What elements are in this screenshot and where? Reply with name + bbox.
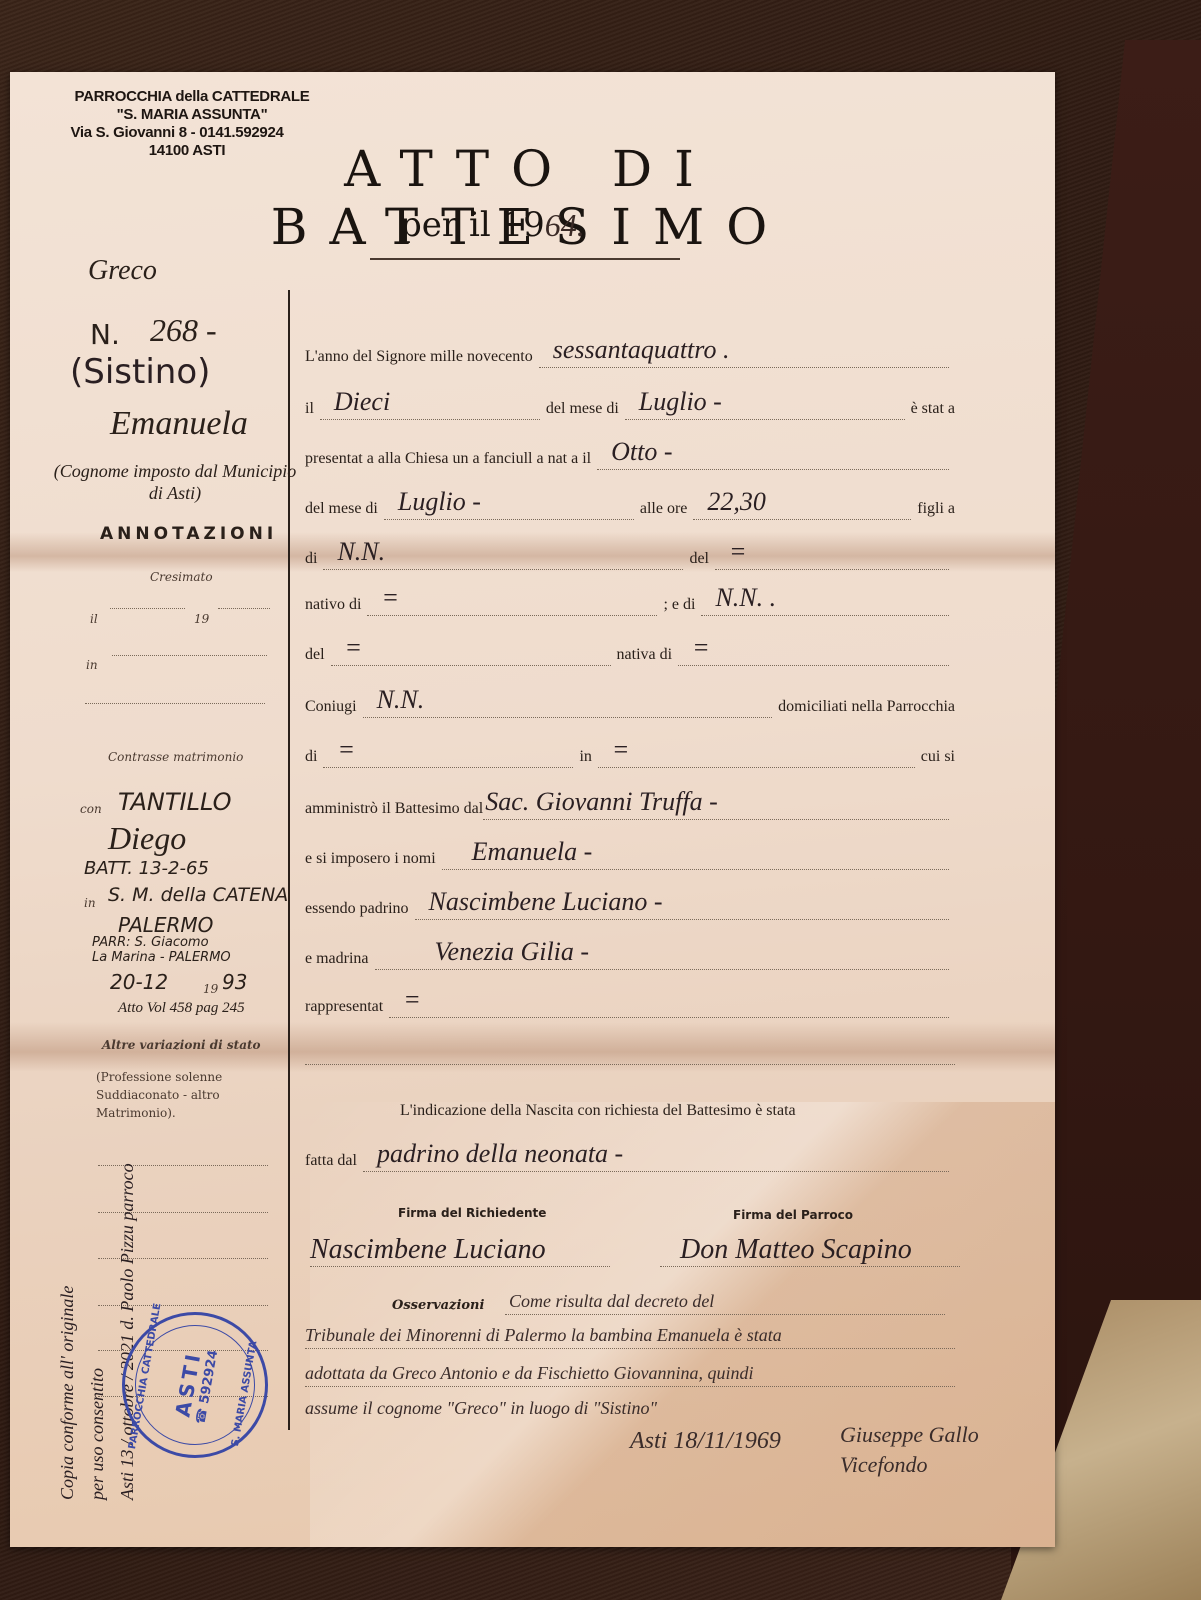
form-label: essendo padrino [305, 900, 409, 920]
observations-line: Tribunale dei Minorenni di Palermo la ba… [305, 1320, 955, 1349]
form-field: = [678, 637, 949, 666]
form-field: Luglio - [384, 491, 634, 520]
requester-signature: Nascimbene Luciano [310, 1234, 546, 1266]
parish-priest-signature-line: Don Matteo Scapino [660, 1226, 960, 1267]
form-label: L'anno del Signore mille novecento [305, 348, 533, 368]
form-field: = [323, 739, 573, 768]
stamp-line: PARROCCHIA della CATTEDRALE [42, 88, 342, 106]
parish-priest-signature-label: Firma del Parroco [733, 1208, 853, 1222]
form-label: in [579, 748, 591, 768]
form-row-father: di N.N. del = [305, 542, 955, 570]
form-row-spouses: Coniugi N.N. domiciliati nella Parrocchi… [305, 690, 955, 718]
certification-line: per uso consentito [82, 1163, 112, 1500]
observations-signature: Giuseppe Gallo Vicefondo [840, 1420, 1020, 1480]
document-subtitle: per il 1964. [400, 205, 585, 245]
observations-text: Tribunale dei Minorenni di Palermo la ba… [305, 1325, 782, 1346]
surname-note: (Cognome imposto dal Municipio di Asti) [50, 460, 300, 504]
form-label: rappresentat [305, 998, 383, 1018]
observations-date: Asti 18/11/1969 [630, 1428, 781, 1455]
form-field: Venezia Gilia - [375, 941, 949, 970]
cresimato-extra-line [85, 703, 265, 704]
field-parish: = [337, 735, 355, 765]
form-field: N.N. . [701, 587, 949, 616]
form-field: N.N. [323, 541, 683, 570]
indicazione-text: L'indicazione della Nascita con richiest… [400, 1102, 796, 1120]
form-field: = [598, 739, 915, 768]
requester-signature-label: Firma del Richiedente [398, 1206, 546, 1220]
form-label: di [305, 748, 317, 768]
field-father-of: = [729, 537, 747, 567]
form-field: Emanuela - [442, 841, 949, 870]
form-field: sessantaquattro . [539, 339, 949, 368]
form-label: domiciliati nella Parrocchia [778, 698, 955, 718]
form-label: Coniugi [305, 698, 357, 718]
form-label: ; e di [663, 596, 695, 616]
observations-text: Come risulta dal decreto del [509, 1291, 714, 1312]
field-requested-by: padrino della neonata - [377, 1139, 623, 1169]
field-godmother: Venezia Gilia - [435, 937, 590, 967]
form-row-mother: del = nativa di = [305, 638, 955, 666]
cresimato-in-label: in [86, 658, 336, 672]
field-mother-native: = [692, 633, 710, 663]
field-mother-of: = [345, 633, 363, 663]
form-label: nativa di [617, 646, 673, 666]
parish-priest-signature: Don Matteo Scapino [680, 1234, 912, 1266]
osservazioni-label: Osservazioni [392, 1298, 484, 1313]
form-row-father-native: nativo di = ; e di N.N. . [305, 588, 955, 616]
field-birth-day: Otto - [611, 437, 672, 467]
form-field: = [389, 989, 949, 1018]
form-label: del mese di [546, 400, 619, 420]
form-row-parish: di = in = cui si [305, 740, 955, 768]
field-birth-hour: 22,30 [707, 487, 766, 517]
field-year-words: sessantaquattro . [553, 335, 730, 365]
form-row-presented: presentat a alla Chiesa un a fanciull a … [305, 442, 955, 470]
form-row-day: il Dieci del mese di Luglio - è stat a [305, 392, 955, 420]
form-label: del [689, 550, 709, 570]
cresimato-year-line [218, 608, 270, 609]
field-month: Luglio - [639, 387, 722, 417]
form-field: Sac. Giovanni Truffa - [483, 791, 949, 820]
cresimato-heading: Cresimato [150, 570, 400, 584]
form-row-birth-month: del mese di Luglio - alle ore 22,30 figl… [305, 492, 955, 520]
observations-line: adottata da Greco Antonio e da Fischiett… [305, 1358, 955, 1387]
field-father: N.N. [337, 537, 385, 567]
field-birth-month: Luglio - [398, 487, 481, 517]
surname-top: Greco [88, 255, 338, 287]
form-label: fatta dal [305, 1152, 357, 1172]
form-row-godfather: essendo padrino Nascimbene Luciano - [305, 892, 955, 920]
field-spouses: N.N. [377, 685, 425, 715]
cresimato-place-line [112, 655, 267, 656]
surname-old: (Sistino) [70, 352, 320, 392]
field-represented: = [403, 985, 421, 1015]
form-label: amministrò il Battesimo dal [305, 800, 483, 820]
form-field: Dieci [320, 391, 540, 420]
observations-text: assume il cognome "Greco" in luogo di "S… [305, 1398, 657, 1419]
field-parish-in: = [612, 735, 630, 765]
form-label: presentat a alla Chiesa un a fanciull a … [305, 450, 591, 470]
form-label: figli a [917, 500, 955, 520]
form-label: e si imposero i nomi [305, 850, 436, 870]
annotazioni-heading: ANNOTAZIONI [100, 524, 350, 544]
subtitle-prefix: per il 19 [400, 205, 545, 245]
field-godfather: Nascimbene Luciano - [429, 887, 663, 917]
spouse-baptism: BATT. 13-2-65 [84, 858, 334, 879]
observations-text: adottata da Greco Antonio e da Fischiett… [305, 1363, 753, 1384]
form-row-represented: rappresentat = [305, 990, 955, 1018]
form-row-requested-by: fatta dal padrino della neonata - [305, 1144, 955, 1172]
form-field: padrino della neonata - [363, 1143, 949, 1172]
field-father-native: = [381, 583, 399, 613]
form-label: del [305, 646, 325, 666]
form-field: Otto - [597, 441, 949, 470]
subtitle-year: 64. [545, 207, 585, 243]
stamp-line: "S. MARIA ASSUNTA" [42, 106, 342, 124]
form-field: = [367, 587, 657, 616]
cresimato-date-line [110, 608, 185, 609]
altre-variazioni-text: (Professione solenne Suddiaconato - altr… [96, 1068, 276, 1122]
form-label: e madrina [305, 950, 369, 970]
form-row-year: L'anno del Signore mille novecento sessa… [305, 340, 955, 368]
form-field: = [331, 637, 611, 666]
form-row-minister: amministrò il Battesimo dal Sac. Giovann… [305, 792, 955, 820]
form-row-names: e si imposero i nomi Emanuela - [305, 842, 955, 870]
form-field: Luglio - [625, 391, 905, 420]
form-label: il [305, 400, 314, 420]
blank-line [305, 1036, 955, 1065]
form-field: = [715, 541, 949, 570]
observations-line: Come risulta dal decreto del [505, 1286, 945, 1315]
form-label: è stat a [911, 400, 955, 420]
requester-signature-line: Nascimbene Luciano [310, 1226, 610, 1267]
field-names: Emanuela - [472, 837, 593, 867]
field-mother: N.N. . [715, 583, 776, 613]
certification-note: Copia conforme all' originale per uso co… [52, 1163, 142, 1500]
form-label: di [305, 550, 317, 570]
form-label: cui si [921, 748, 955, 768]
form-label: del mese di [305, 500, 378, 520]
form-field: 22,30 [693, 491, 911, 520]
form-row-godmother: e madrina Venezia Gilia - [305, 942, 955, 970]
form-label: nativo di [305, 596, 361, 616]
form-label: alle ore [640, 500, 688, 520]
field-minister: Sac. Giovanni Truffa - [485, 787, 718, 817]
form-field: Nascimbene Luciano - [415, 891, 949, 920]
certification-line: Copia conforme all' originale [52, 1163, 82, 1500]
form-field: N.N. [363, 689, 773, 718]
title-divider [370, 258, 680, 260]
field-day: Dieci [334, 387, 390, 417]
